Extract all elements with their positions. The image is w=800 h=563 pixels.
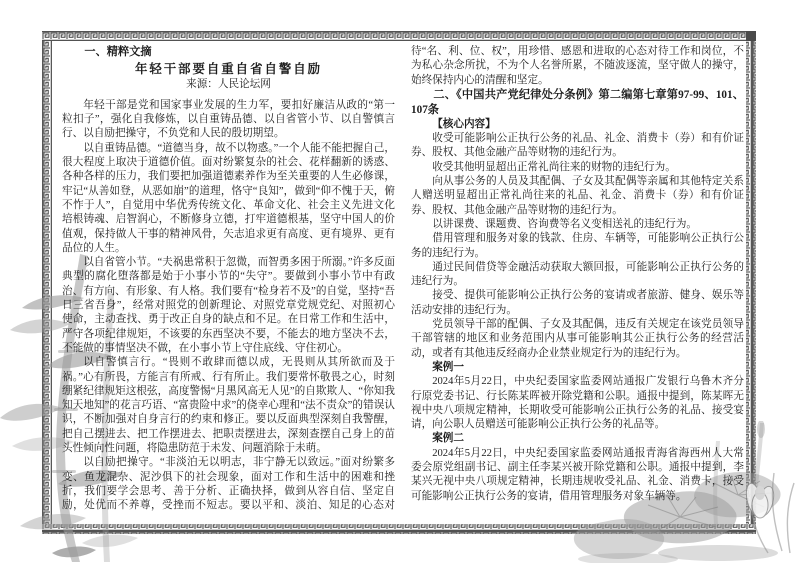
- case2-label: 案例二: [411, 432, 744, 446]
- article-paragraph: 以自重铸品德。“道德当身，故不以物惑。”一个人能不能把握自己，很大程度上取决于道…: [62, 142, 395, 256]
- article-paragraph: 以自省管小节。“夫祸患常积于忽微，而智勇多困于所溺。”许多反面典型的腐化堕落都是…: [62, 256, 395, 356]
- core-item: 收受可能影响公正执行公务的礼品、礼金、消费卡（券）和有价证券、股权、其他金融产品…: [411, 132, 744, 161]
- article-paragraph: 年轻干部是党和国家事业发展的生力军，要扣好廉洁从政的“第一粒扣子”，强化自我修炼…: [62, 99, 395, 142]
- core-item: 收受其他明显超出正常礼尚往来的财物的违纪行为。: [411, 161, 744, 175]
- case2-text: 2024年5月22日，中央纪委国家监委网站通报青海省海西州人大常委会原党组副书记…: [411, 447, 744, 504]
- core-item: 以讲课费、课题费、咨询费等名义变相送礼的违纪行为。: [411, 218, 744, 232]
- core-item: 借用管理和服务对象的钱款、住房、车辆等，可能影响公正执行公务的违纪行为。: [411, 232, 744, 261]
- core-item: 接受、提供可能影响公正执行公务的宴请或者旅游、健身、娱乐等活动安排的违纪行为。: [411, 289, 744, 318]
- article-paragraph: 以自警慎言行。“畏则不敢肆而德以成，无畏则从其所欲而及于祸。”心有所畏，方能言有…: [62, 356, 395, 456]
- section1-heading: 一、精粹文摘: [62, 45, 395, 59]
- case1-label: 案例一: [411, 361, 744, 375]
- document-page: 一、精粹文摘 年轻干部要自重自省自警自励 来源：人民论坛网 年轻干部是党和国家事…: [0, 0, 800, 563]
- two-column-text-flow: 一、精粹文摘 年轻干部要自重自省自警自励 来源：人民论坛网 年轻干部是党和国家事…: [62, 45, 744, 526]
- core-item: 通过民间借贷等金融活动获取大额回报，可能影响公正执行公务的违纪行为。: [411, 261, 744, 290]
- core-content-label: 【核心内容】: [411, 118, 744, 132]
- article-title: 年轻干部要自重自省自警自励: [62, 62, 395, 76]
- section2-heading: 二、《中国共产党纪律处分条例》第二编第七章第97-99、101、107条: [411, 88, 744, 118]
- core-item: 向从事公务的人员及其配偶、子女及其配偶等亲属和其他特定关系人赠送明显超出正常礼尚…: [411, 175, 744, 218]
- article-source: 来源：人民论坛网: [62, 78, 395, 92]
- core-item: 党员领导干部的配偶、子女及其配偶，违反有关规定在该党员领导干部管辖的地区和业务范…: [411, 318, 744, 361]
- case1-text: 2024年5月22日，中央纪委国家监委网站通报广发银行乌鲁木齐分行原党委书记、行…: [411, 375, 744, 432]
- document-body: 一、精粹文摘 年轻干部要自重自省自警自励 来源：人民论坛网 年轻干部是党和国家事…: [62, 45, 744, 526]
